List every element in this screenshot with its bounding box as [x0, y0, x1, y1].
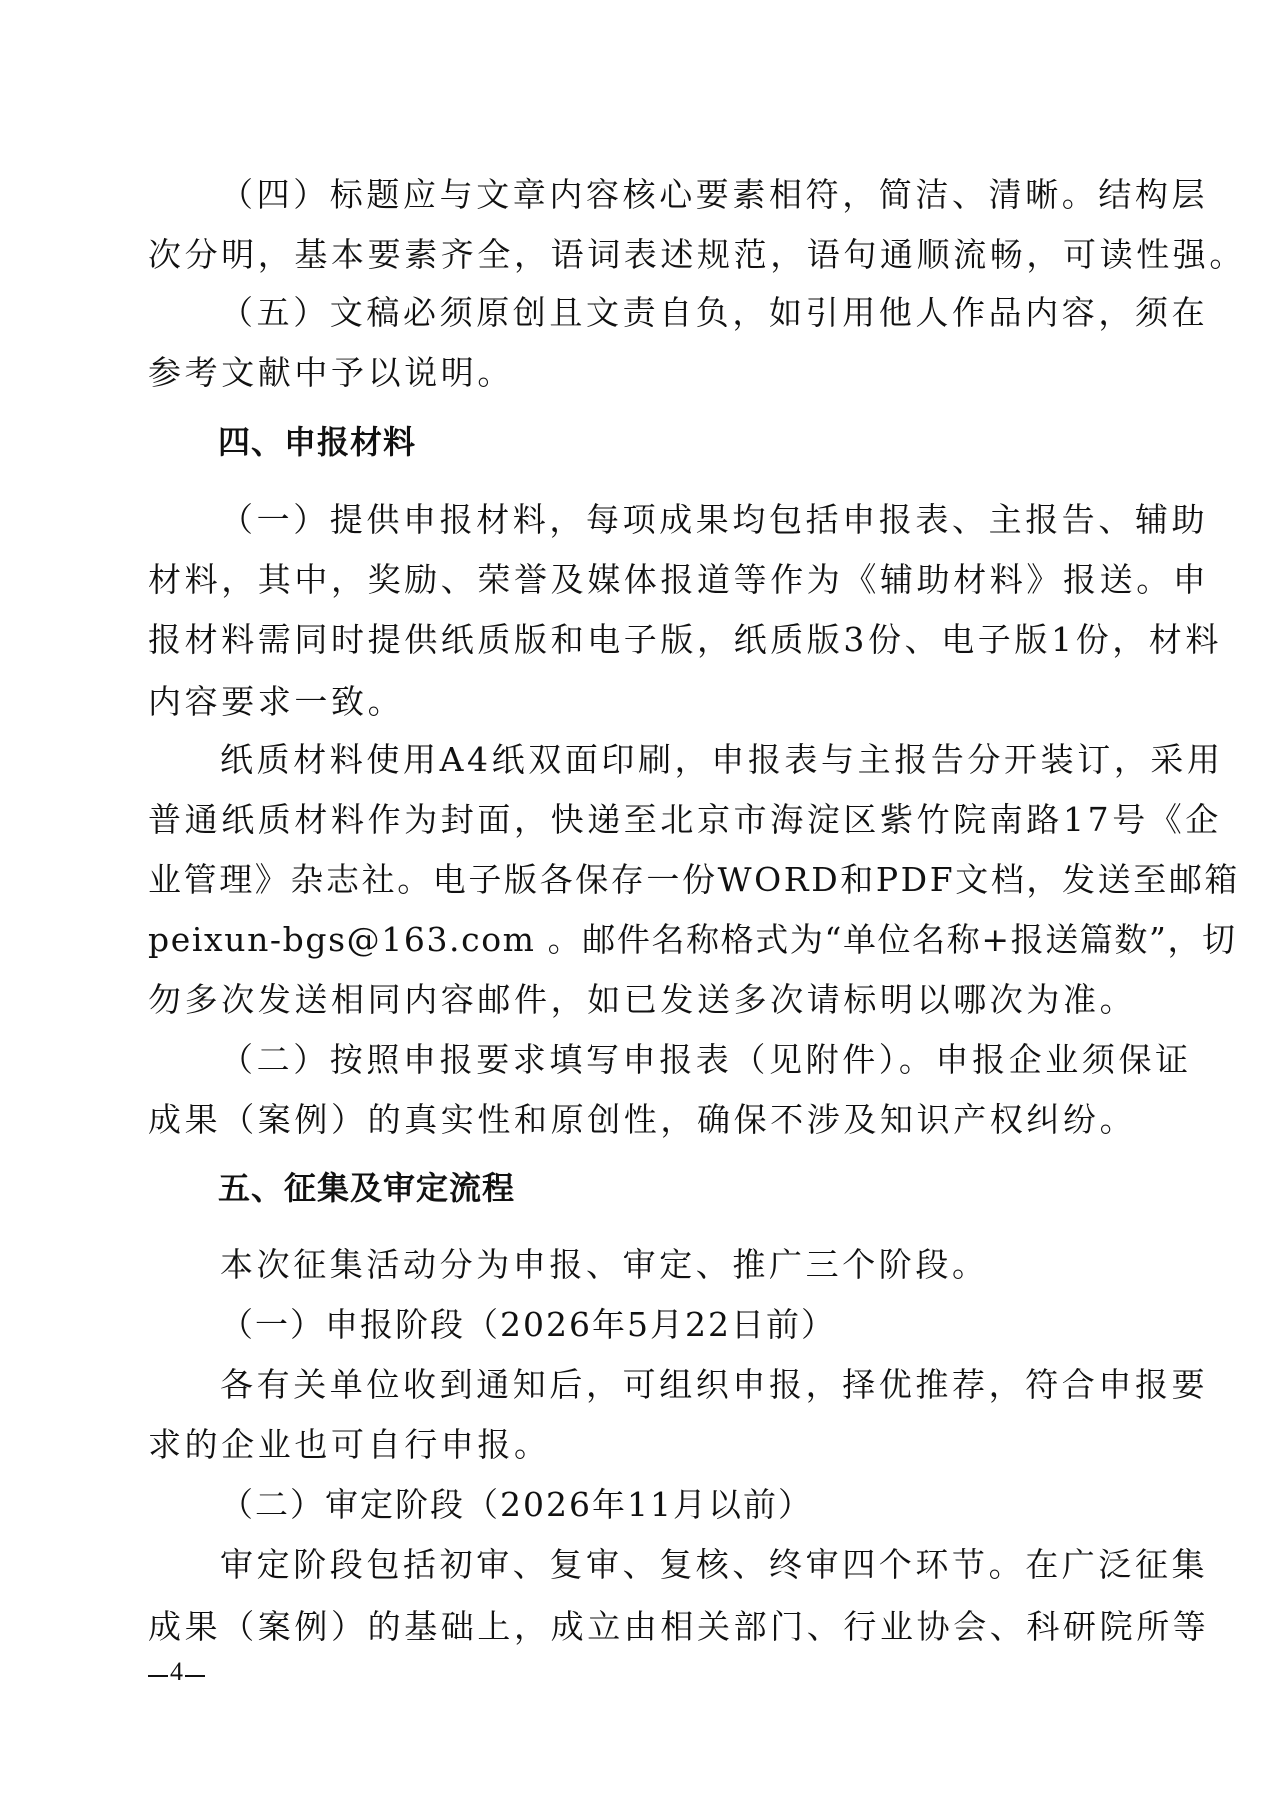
dash-left — [148, 1675, 168, 1677]
page-number: 4 — [168, 1656, 185, 1688]
paragraph-line: 材料，其中，奖励、荣誉及媒体报道等作为《辅助材料》报送。申 — [148, 550, 1148, 610]
paragraph-line: 业管理》杂志社。电子版各保存一份WORD和PDF文档，发送至邮箱 — [148, 850, 1148, 910]
paragraph-line: （四）标题应与文章内容核心要素相符，简洁、清晰。结构层 — [220, 165, 1148, 225]
paragraph-line: （二）按照申报要求填写申报表（见附件）。申报企业须保证 — [220, 1030, 1148, 1090]
paragraph-line: 成果（案例）的基础上，成立由相关部门、行业协会、科研院所等 — [148, 1597, 1148, 1657]
paragraph-line: 各有关单位收到通知后，可组织申报，择优推荐，符合申报要 — [220, 1355, 1148, 1415]
page-number-footer: 4 — [148, 1656, 205, 1688]
document-page: （四）标题应与文章内容核心要素相符，简洁、清晰。结构层 次分明，基本要素齐全，语… — [0, 0, 1280, 1810]
paragraph-line: 求的企业也可自行申报。 — [148, 1415, 1148, 1475]
paragraph-line: 报材料需同时提供纸质版和电子版，纸质版3份、电子版1份，材料 — [148, 610, 1148, 670]
paragraph-line: 勿多次发送相同内容邮件，如已发送多次请标明以哪次为准。 — [148, 970, 1148, 1030]
paragraph-line: 次分明，基本要素齐全，语词表述规范，语句通顺流畅，可读性强。 — [148, 225, 1148, 285]
subsection-line: （二）审定阶段（2026年11月以前） — [220, 1475, 1148, 1535]
paragraph-line: 审定阶段包括初审、复审、复核、终审四个环节。在广泛征集 — [220, 1535, 1148, 1595]
subsection-line: （一）申报阶段（2026年5月22日前） — [220, 1295, 1148, 1355]
paragraph-line-email: peixun-bgs@163.com 。邮件名称格式为“单位名称+报送篇数”，切 — [148, 910, 1148, 970]
paragraph-line: 本次征集活动分为申报、审定、推广三个阶段。 — [220, 1235, 1148, 1295]
section-heading: 五、征集及审定流程 — [218, 1158, 1218, 1218]
paragraph-line: 纸质材料使用A4纸双面印刷，申报表与主报告分开装订，采用 — [220, 730, 1148, 790]
paragraph-line: 内容要求一致。 — [148, 672, 1148, 732]
paragraph-line: 普通纸质材料作为封面，快递至北京市海淀区紫竹院南路17号《企 — [148, 790, 1148, 850]
paragraph-line: （五）文稿必须原创且文责自负，如引用他人作品内容，须在 — [220, 283, 1148, 343]
paragraph-line: （一）提供申报材料，每项成果均包括申报表、主报告、辅助 — [220, 490, 1148, 550]
paragraph-line: 参考文献中予以说明。 — [148, 343, 1148, 403]
dash-right — [185, 1675, 205, 1677]
paragraph-line: 成果（案例）的真实性和原创性，确保不涉及知识产权纠纷。 — [148, 1090, 1148, 1150]
section-heading: 四、申报材料 — [218, 412, 1218, 472]
